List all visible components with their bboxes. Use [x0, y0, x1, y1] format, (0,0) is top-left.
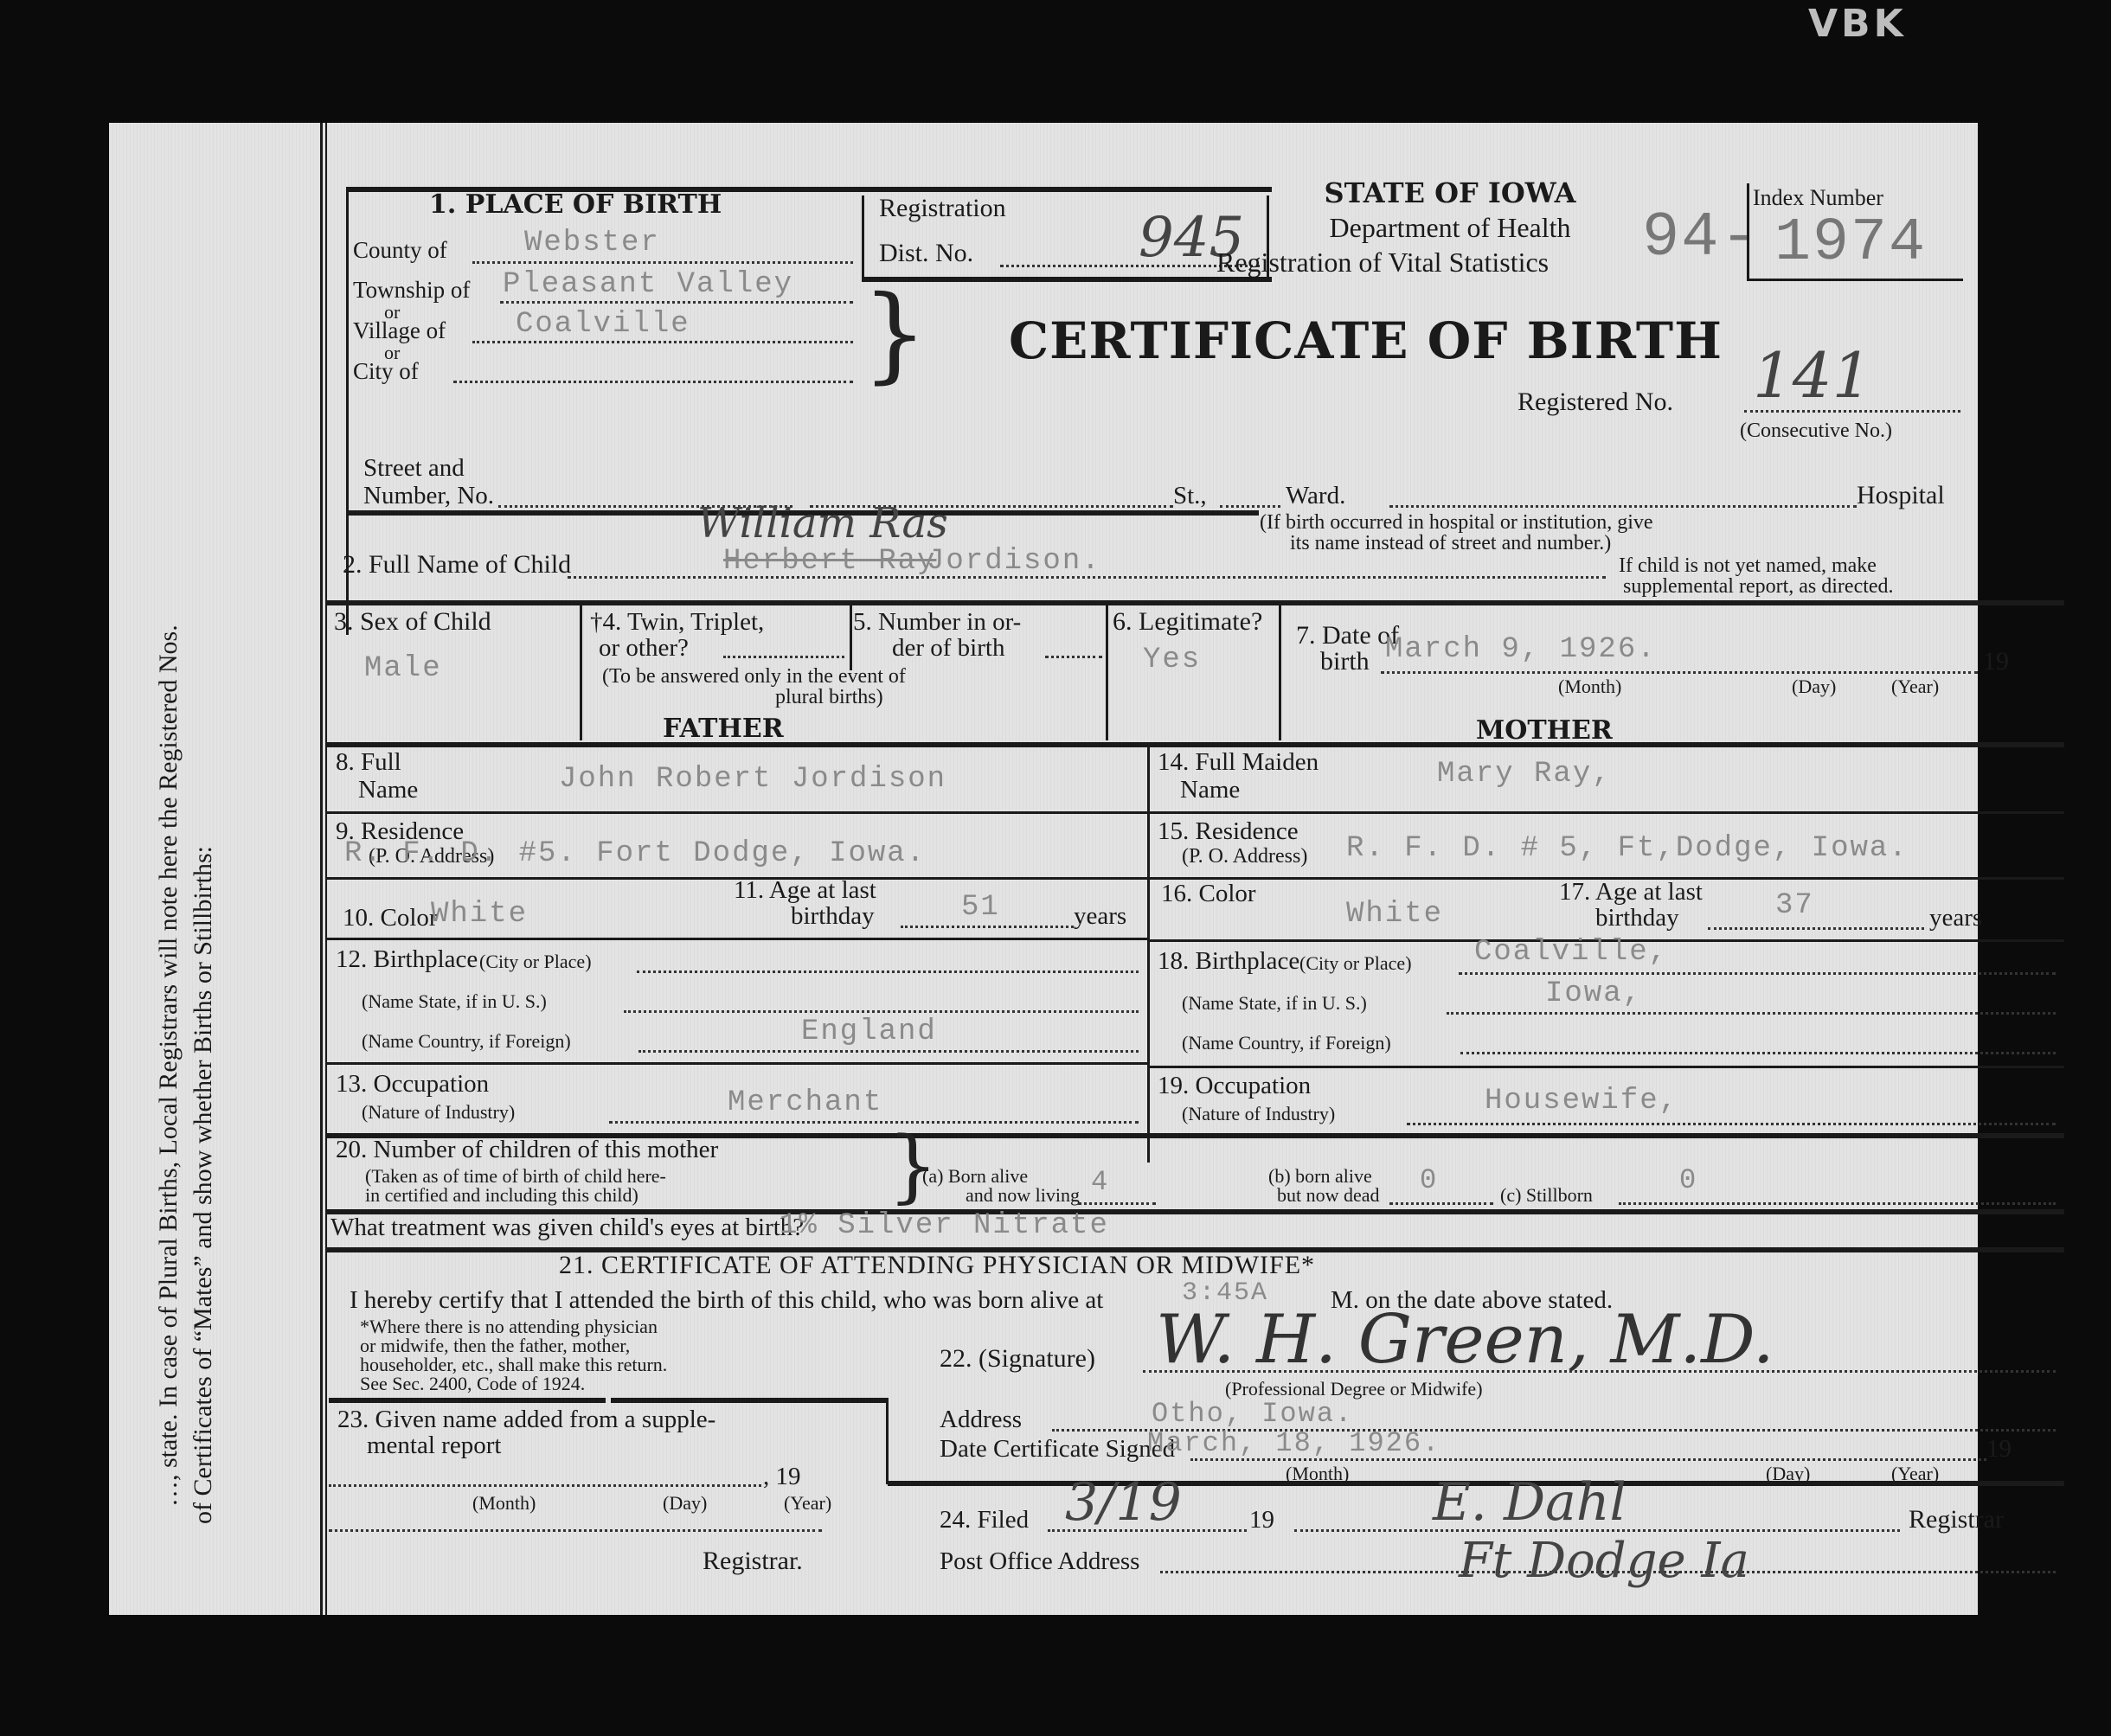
ward-label: Ward. [1286, 483, 1345, 509]
dob-label: 7. Date of [1296, 623, 1399, 649]
supplemental-date-line [329, 1484, 761, 1487]
dob-sub-label: birth [1320, 649, 1370, 675]
father-years-label: years [1074, 903, 1126, 929]
supplemental-day: (Day) [663, 1493, 707, 1514]
mother-bp-state-value[interactable]: Iowa, [1545, 977, 1642, 1010]
rule [862, 195, 864, 279]
date-signed-year-prefix: 19 [1986, 1436, 2012, 1462]
index-number-label: Index Number [1753, 185, 1883, 211]
village-label: Village of [353, 317, 446, 343]
father-birthplace-label: 12. Birthplace [336, 946, 478, 972]
legitimate-value[interactable]: Yes [1143, 644, 1201, 676]
county-line [472, 261, 853, 264]
supplemental-year: (Year) [784, 1493, 831, 1514]
father-age-label: 11. Age at last [734, 877, 876, 903]
mother-age-line [1708, 927, 1924, 930]
father-bp-city-label: (City or Place) [479, 951, 592, 972]
mother-years-label: years [1929, 905, 1982, 931]
child-name-note-1: If child is not yet named, make [1619, 555, 1877, 576]
mother-occupation-label: 19. Occupation [1158, 1073, 1311, 1099]
plural-note-1: (To be answered only in the event of [602, 666, 906, 687]
st-label: St., [1173, 483, 1207, 509]
place-of-birth-heading: 1. PLACE OF BIRTH [429, 192, 722, 218]
margin-divider-inner [325, 123, 327, 1615]
rule [325, 742, 2064, 747]
rule [1747, 279, 1963, 281]
village-line [472, 341, 853, 343]
village-value[interactable]: Coalville [516, 308, 690, 341]
rule [886, 1398, 889, 1484]
supplemental-year-prefix: , 19 [763, 1464, 801, 1489]
mother-name-sub: Name [1180, 777, 1240, 803]
township-value[interactable]: Pleasant Valley [503, 268, 793, 301]
filed-label: 24. Filed [940, 1507, 1029, 1533]
sex-value[interactable]: Male [364, 652, 442, 685]
filed-year-prefix: 19 [1249, 1507, 1274, 1533]
legitimate-label: 6. Legitimate? [1113, 609, 1262, 635]
certificate-title: CERTIFICATE OF BIRTH [1009, 311, 1723, 370]
father-bp-country-value[interactable]: England [801, 1015, 937, 1048]
township-label: Township of [353, 277, 470, 303]
father-name-value[interactable]: John Robert Jordison [559, 763, 946, 796]
certificate-page: …, state. In case of Plural Births, Loca… [109, 123, 1978, 1615]
registrar-label: Registrar [1909, 1507, 2004, 1533]
registered-no-value[interactable]: 141 [1753, 339, 1871, 412]
county-value[interactable]: Webster [524, 227, 660, 259]
dob-day-note: (Day) [1792, 676, 1836, 697]
date-signed-value[interactable]: March, 18, 1926. [1147, 1427, 1440, 1459]
rule [1150, 811, 2064, 814]
eyes-treatment-label: What treatment was given child's eyes at… [330, 1214, 804, 1240]
city-label: City of [353, 358, 419, 384]
brace-icon: } [862, 291, 927, 378]
child-name-label: 2. Full Name of Child [343, 552, 571, 578]
born-dead-value[interactable]: 0 [1420, 1164, 1438, 1196]
father-name-label: 8. Full [336, 749, 401, 775]
child-name-note-2: supplemental report, as directed. [1623, 576, 1894, 597]
city-line [453, 381, 853, 383]
stillborn-line [1619, 1202, 2056, 1205]
supplemental-label: 23. Given name added from a supple- [337, 1406, 715, 1432]
child-name-struck: Herbert Ray [723, 545, 936, 578]
mother-bp-city-label: (City or Place) [1299, 953, 1412, 974]
father-age-value[interactable]: 51 [961, 891, 1000, 924]
dist-no-label: Dist. No. [879, 240, 973, 266]
mother-name-label: 14. Full Maiden [1158, 749, 1319, 775]
born-alive-sub: and now living [966, 1185, 1080, 1206]
father-heading: FATHER [663, 716, 784, 742]
street-label: Street and [363, 455, 465, 481]
father-bp-state-line [624, 1010, 1139, 1013]
county-label: County of [353, 237, 447, 263]
mother-residence-value[interactable]: R. F. D. # 5, Ft,Dodge, Iowa. [1346, 832, 1909, 865]
physician-heading: 21. CERTIFICATE OF ATTENDING PHYSICIAN O… [559, 1252, 1315, 1278]
stillborn-label: (c) Stillborn [1500, 1185, 1593, 1206]
supplemental-registrar-label: Registrar. [703, 1548, 803, 1574]
supplemental-registrar-line [329, 1529, 822, 1532]
rule [325, 600, 2064, 605]
po-address-label: Post Office Address [940, 1548, 1139, 1574]
mother-color-label: 16. Color [1161, 881, 1256, 906]
rule [850, 605, 852, 670]
po-address-value[interactable]: Ft Dodge Ia [1459, 1533, 1749, 1589]
father-occupation-value[interactable]: Merchant [728, 1086, 882, 1119]
father-occupation-label: 13. Occupation [336, 1071, 489, 1097]
mother-occupation-sub: (Nature of Industry) [1182, 1104, 1335, 1124]
mother-bp-country-label: (Name Country, if Foreign) [1182, 1033, 1391, 1054]
father-bp-state-label: (Name State, if in U. S.) [362, 991, 547, 1012]
township-line [500, 301, 853, 304]
father-age-sub: birthday [791, 903, 875, 929]
physician-address-label: Address [940, 1406, 1022, 1432]
index-number-value: 1974 [1774, 209, 1927, 278]
physician-address-value[interactable]: Otho, Iowa. [1152, 1398, 1353, 1430]
father-residence-value[interactable]: R. F. D. #5. Fort Dodge, Iowa. [344, 837, 926, 870]
mother-age-value[interactable]: 37 [1775, 889, 1814, 922]
mother-bp-country-line [1460, 1052, 2056, 1054]
mother-residence-label: 15. Residence [1158, 818, 1299, 844]
mother-birthplace-label: 18. Birthplace [1158, 948, 1299, 974]
mother-occupation-line [1407, 1123, 2056, 1125]
rule [1747, 183, 1749, 280]
rule [325, 1062, 1147, 1065]
twin-line [723, 656, 844, 658]
mother-color-value[interactable]: White [1346, 898, 1443, 931]
rule [611, 1398, 888, 1403]
order-label: 5. Number in or- [853, 609, 1021, 635]
children-note-2: in certified and including this child) [365, 1185, 638, 1206]
division-heading: Registration of Vital Statistics [1216, 249, 1549, 275]
parents-divider [1147, 747, 1150, 1163]
father-occupation-line [609, 1121, 1139, 1124]
father-bp-city-line [637, 970, 1139, 973]
born-dead-sub: but now dead [1277, 1185, 1380, 1206]
twin-sub-label: or other? [599, 635, 689, 661]
registrar-signature[interactable]: E. Dahl [1433, 1472, 1627, 1533]
order-sub-label: der of birth [892, 635, 1004, 661]
father-age-line [901, 926, 1074, 928]
ward-line [1220, 505, 1280, 508]
father-occupation-sub: (Nature of Industry) [362, 1102, 515, 1123]
hospital-label: Hospital [1857, 483, 1945, 509]
signature-label: 22. (Signature) [940, 1346, 1095, 1372]
mother-bp-city-line [1459, 972, 2056, 975]
child-name-handwritten[interactable]: William Ras [697, 499, 948, 548]
children-label: 20. Number of children of this mother [336, 1137, 718, 1163]
physician-signature[interactable]: W. H. Green, M.D. [1156, 1301, 1774, 1379]
mother-bp-state-line [1447, 1012, 2056, 1015]
hospital-line [1389, 505, 1857, 508]
plural-note-2: plural births) [775, 687, 883, 708]
certify-text: I hereby certify that I attended the bir… [350, 1287, 1103, 1313]
sex-label: 3. Sex of Child [334, 609, 491, 635]
street-number-label: Number, No. [363, 483, 494, 509]
index-prefix: 94- [1642, 202, 1760, 273]
stillborn-value[interactable]: 0 [1679, 1164, 1697, 1196]
hospital-note-1: (If birth occurred in hospital or instit… [1260, 512, 1653, 533]
rule [329, 1398, 606, 1403]
degree-note: (Professional Degree or Midwife) [1225, 1379, 1483, 1400]
date-signed-label: Date Certificate Signed [940, 1436, 1175, 1462]
born-alive-value[interactable]: 4 [1091, 1166, 1109, 1198]
father-color-label: 10. Color [343, 905, 438, 931]
rule [1279, 605, 1281, 740]
margin-divider [320, 123, 323, 1615]
registered-no-note: (Consecutive No.) [1740, 420, 1892, 441]
filed-value[interactable]: 3/19 [1065, 1472, 1182, 1533]
father-bp-country-line [638, 1050, 1139, 1053]
hospital-note-2: its name instead of street and number.) [1290, 533, 1611, 554]
twin-label: †4. Twin, Triplet, [590, 609, 764, 635]
corner-mark: VBK [1808, 2, 1907, 46]
order-line [1045, 656, 1102, 658]
supplemental-month: (Month) [472, 1493, 536, 1514]
born-alive-line [1078, 1202, 1156, 1205]
born-dead-line [1389, 1202, 1493, 1205]
mother-age-sub: birthday [1595, 905, 1679, 931]
footnote-line-4: See Sec. 2400, Code of 1924. [360, 1374, 585, 1394]
mother-heading: MOTHER [1476, 718, 1613, 744]
rule [325, 811, 1147, 814]
margin-note-line1: …, state. In case of Plural Births, Loca… [154, 625, 183, 1507]
rule [325, 938, 1147, 940]
rule [1106, 605, 1108, 740]
child-name-value[interactable]: Jordison. [927, 545, 1101, 578]
registration-label: Registration [879, 195, 1006, 221]
eyes-treatment-value[interactable]: 1% Silver Nitrate [780, 1209, 1109, 1242]
mother-occupation-value[interactable]: Housewife, [1485, 1085, 1678, 1118]
mother-bp-state-label: (Name State, if in U. S.) [1182, 993, 1367, 1014]
father-bp-country-label: (Name Country, if Foreign) [362, 1031, 571, 1052]
state-heading: STATE OF IOWA [1286, 180, 1614, 206]
mother-age-label: 17. Age at last [1559, 879, 1703, 905]
mother-residence-sub: (P. O. Address) [1182, 846, 1307, 867]
registered-no-label: Registered No. [1517, 389, 1673, 415]
mother-name-value[interactable]: Mary Ray, [1437, 758, 1612, 791]
rule [580, 605, 582, 740]
dob-value[interactable]: March 9, 1926. [1385, 633, 1657, 666]
rule [862, 277, 1272, 282]
dob-year-note: (Year) [1891, 676, 1939, 697]
supplemental-sub: mental report [367, 1432, 501, 1458]
mother-bp-city-value[interactable]: Coalville, [1474, 936, 1668, 969]
dob-line [1381, 671, 1978, 674]
father-name-sub: Name [358, 777, 418, 803]
rule [1150, 1066, 2064, 1068]
father-color-value[interactable]: White [431, 898, 528, 931]
margin-note-line2: of Certificates of “Mates” and show whet… [189, 846, 218, 1524]
department-heading: Department of Health [1286, 215, 1614, 240]
dob-year-prefix: 19 [1983, 649, 2009, 675]
dob-month-note: (Month) [1558, 676, 1621, 697]
